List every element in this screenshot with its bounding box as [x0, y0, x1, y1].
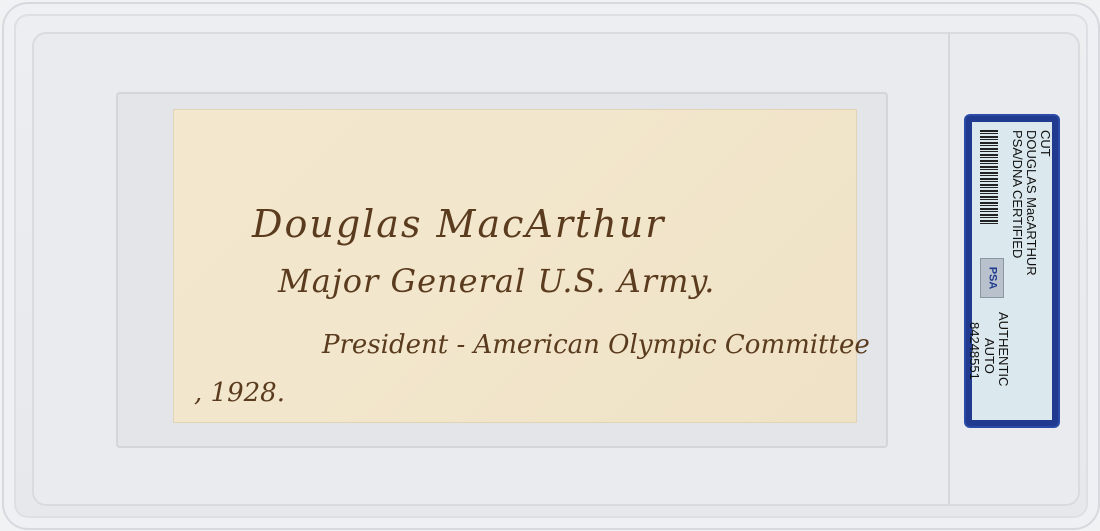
inscription-rank: Major General U.S. Army. [278, 262, 715, 300]
label-type: CUT [1038, 130, 1052, 157]
label-certification: PSA/DNA CERTIFIED [1010, 130, 1024, 258]
psa-logo-icon: PSA [980, 258, 1004, 298]
holder-divider [948, 32, 950, 504]
cert-number: 84248551 [967, 322, 982, 380]
inscription-title: President - American Olympic Committee [322, 330, 870, 360]
psa-logo-text: PSA [986, 267, 998, 290]
label-grade-authentic: AUTHENTIC [996, 312, 1010, 386]
psa-slab-holder: Douglas MacArthur Major General U.S. Arm… [2, 2, 1100, 530]
barcode-icon [980, 130, 998, 226]
signature: Douglas MacArthur [252, 202, 665, 246]
psa-label-panel: CUT DOUGLAS MacARTHUR PSA/DNA CERTIFIED … [972, 122, 1052, 420]
psa-label: CUT DOUGLAS MacARTHUR PSA/DNA CERTIFIED … [966, 116, 1058, 426]
inscription-year: , 1928. [194, 378, 285, 408]
signed-cut-card: Douglas MacArthur Major General U.S. Arm… [174, 110, 856, 422]
label-subject: DOUGLAS MacARTHUR [1024, 130, 1038, 276]
label-grade-auto: AUTO [982, 338, 996, 374]
